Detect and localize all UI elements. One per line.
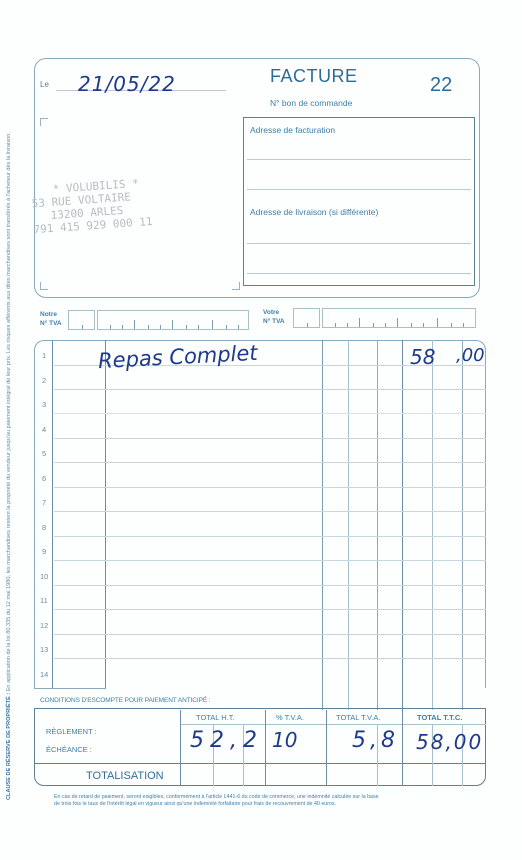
row-number: 6 xyxy=(42,474,46,483)
row-line xyxy=(54,438,486,439)
billing-address-line[interactable] xyxy=(247,159,471,160)
invoice-number: 22 xyxy=(430,74,452,97)
row-number: 14 xyxy=(40,670,48,679)
delivery-address-line[interactable] xyxy=(247,273,471,274)
row-line xyxy=(54,389,486,390)
totals-column-divider xyxy=(265,710,266,786)
amount-decimal-divider xyxy=(462,340,463,710)
totals-column-divider xyxy=(402,710,403,786)
total-vat-header: TOTAL T.V.A. xyxy=(336,713,380,722)
delivery-address-line[interactable] xyxy=(247,243,471,244)
row-number: 1 xyxy=(42,351,46,360)
row-number-column-divider xyxy=(52,340,53,688)
row-line xyxy=(54,634,486,635)
description-column-divider xyxy=(105,340,106,688)
column-divider xyxy=(432,340,433,710)
total-ttc-header: TOTAL T.T.C. xyxy=(417,713,462,722)
payment-label: RÈGLEMENT : xyxy=(46,727,97,736)
our-vat-number-field[interactable] xyxy=(97,310,249,330)
corner-mark xyxy=(40,118,48,126)
row-line xyxy=(54,487,486,488)
total-ttc-value[interactable]: 58,00 xyxy=(416,730,483,754)
column-divider xyxy=(348,340,349,710)
discount-conditions-label: CONDITIONS D'ESCOMPTE POUR PAIEMENT ANTI… xyxy=(40,697,210,704)
date-label: Le xyxy=(40,80,49,89)
unit-price-column-divider xyxy=(402,340,403,710)
row-line xyxy=(54,536,486,537)
row-line xyxy=(54,560,486,561)
line-item-amount-integer[interactable]: 58 xyxy=(410,345,435,369)
retention-of-title-clause: CLAUSE DE RÉSERVE DE PROPRIÉTÉ : En appl… xyxy=(6,340,13,800)
invoice-title: FACTURE xyxy=(270,66,358,87)
totals-column-divider xyxy=(326,710,327,786)
totals-column-divider xyxy=(180,710,181,786)
your-vat-label: Votre N° TVA xyxy=(263,308,285,326)
row-number: 5 xyxy=(42,449,46,458)
column-divider xyxy=(377,340,378,710)
row-line xyxy=(34,688,106,689)
vat-rate-value[interactable]: 10 xyxy=(272,728,297,752)
totalisation-label: TOTALISATION xyxy=(86,770,164,782)
your-vat-number-field[interactable] xyxy=(322,308,476,328)
row-number: 13 xyxy=(40,645,48,654)
row-line xyxy=(54,658,486,659)
qty-column-divider xyxy=(322,340,323,710)
row-number: 9 xyxy=(42,547,46,556)
total-ht-header: TOTAL H.T. xyxy=(196,713,235,722)
row-line xyxy=(54,511,486,512)
invoice-lines-table xyxy=(34,340,486,688)
our-vat-prefix-field[interactable] xyxy=(68,310,95,330)
our-vat-label: Notre N° TVA xyxy=(40,310,62,328)
row-number: 4 xyxy=(42,425,46,434)
billing-address-line[interactable] xyxy=(247,189,471,190)
address-box: Adresse de facturation Adresse de livrai… xyxy=(243,117,475,286)
row-number: 10 xyxy=(40,572,48,581)
row-line xyxy=(54,413,486,414)
your-vat-prefix-field[interactable] xyxy=(293,308,320,328)
row-line xyxy=(54,609,486,610)
row-line xyxy=(54,585,486,586)
row-number: 3 xyxy=(42,400,46,409)
order-number-label: N° bon de commande xyxy=(270,98,352,108)
row-number: 8 xyxy=(42,523,46,532)
totals-header-divider xyxy=(180,724,486,725)
date-value[interactable]: 21/05/22 xyxy=(78,72,176,96)
late-payment-notice: En cas de retard de paiement, seront exi… xyxy=(54,794,494,808)
corner-mark xyxy=(232,282,240,290)
row-number: 2 xyxy=(42,376,46,385)
invoice-sheet: Le 21/05/22 FACTURE 22 N° bon de command… xyxy=(0,0,522,860)
row-number: 12 xyxy=(40,621,48,630)
total-vat-value[interactable]: 5,8 xyxy=(352,728,399,753)
totals-divider xyxy=(34,763,486,764)
row-line xyxy=(54,462,486,463)
corner-mark xyxy=(40,282,48,290)
row-number: 7 xyxy=(42,498,46,507)
billing-address-label: Adresse de facturation xyxy=(250,125,335,135)
line-item-amount-decimal[interactable]: ,00 xyxy=(456,345,485,366)
delivery-address-label: Adresse de livraison (si différente) xyxy=(250,207,378,217)
row-number: 11 xyxy=(40,596,48,605)
vat-rate-header: % T.V.A. xyxy=(276,713,304,722)
due-date-label: ÉCHÉANCE : xyxy=(46,745,92,754)
total-ht-value[interactable]: 52,2 xyxy=(190,728,263,753)
